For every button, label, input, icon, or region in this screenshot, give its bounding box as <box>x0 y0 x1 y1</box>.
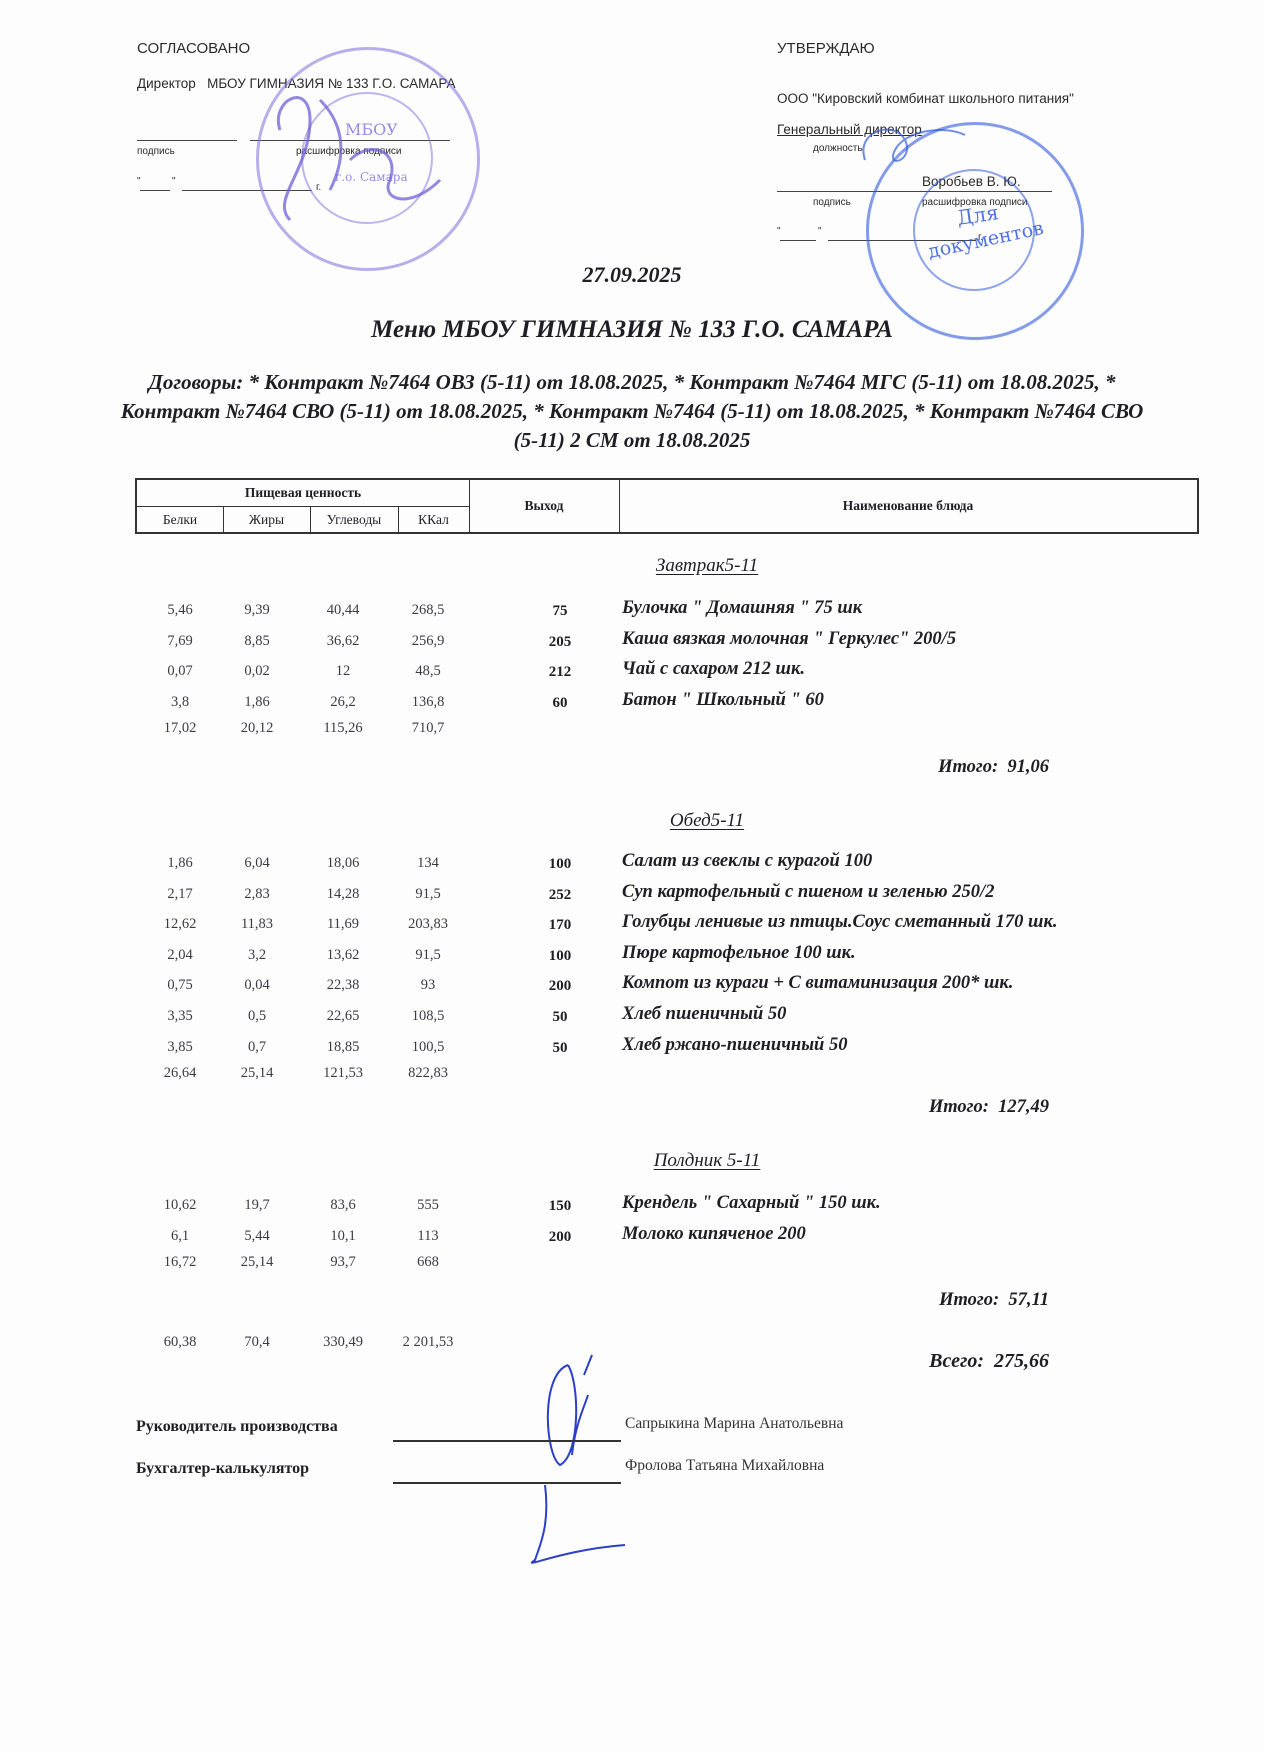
value-carbs: 93,7 <box>298 1254 388 1271</box>
grand-total-fats: 70,4 <box>212 1334 302 1351</box>
dish-yield: 75 <box>520 603 600 620</box>
value-fats: 1,86 <box>212 694 302 711</box>
value-carbs: 18,06 <box>298 855 388 872</box>
value-kcal: 134 <box>383 855 473 872</box>
value-carbs: 12 <box>298 663 388 680</box>
table-row: 3,850,718,85100,550Хлеб ржано-пшеничный … <box>0 1035 1264 1065</box>
table-header: Пищевая ценность Белки Жиры Углеводы ККа… <box>135 478 1199 534</box>
dish-name: Молоко кипяченое 200 <box>622 1224 806 1245</box>
value-kcal: 108,5 <box>383 1008 473 1025</box>
table-row: 3,81,8626,2136,860Батон " Школьный " 60 <box>0 690 1264 720</box>
value-carbs: 83,6 <box>298 1197 388 1214</box>
dish-yield: 212 <box>520 664 600 681</box>
value-kcal: 113 <box>383 1228 473 1245</box>
approval-left-position: Директор <box>137 76 196 91</box>
value-kcal: 822,83 <box>383 1065 473 1082</box>
value-carbs: 18,85 <box>298 1039 388 1056</box>
subtotal-row: 17,0220,12115,26710,7 <box>0 716 1264 746</box>
dish-yield: 150 <box>520 1198 600 1215</box>
value-kcal: 268,5 <box>383 602 473 619</box>
value-fats: 0,02 <box>212 663 302 680</box>
grand-total-carbs: 330,49 <box>298 1334 388 1351</box>
right-date-quote-close: " <box>818 226 822 237</box>
value-carbs: 115,26 <box>298 720 388 737</box>
dish-yield: 200 <box>520 978 600 995</box>
table-row: 1,866,0418,06134100Салат из свеклы с кур… <box>0 851 1264 881</box>
section-total-value: 57,11 <box>1008 1290 1049 1310</box>
handwritten-signature-icon <box>500 1345 640 1575</box>
value-kcal: 48,5 <box>383 663 473 680</box>
value-carbs: 22,38 <box>298 977 388 994</box>
dish-name: Хлеб ржано-пшеничный 50 <box>622 1035 847 1056</box>
table-row: 10,6219,783,6555150Крендель " Сахарный "… <box>0 1193 1264 1223</box>
col-proteins: Белки <box>137 507 223 532</box>
dish-name: Батон " Школьный " 60 <box>622 690 824 711</box>
col-carbs: Углеводы <box>310 507 398 532</box>
value-fats: 0,7 <box>212 1039 302 1056</box>
section-title: Полдник 5-11 <box>557 1150 857 1172</box>
left-signature-caption: подпись <box>137 146 175 157</box>
approval-right-title: УТВЕРЖДАЮ <box>777 40 875 57</box>
col-yield: Выход <box>469 480 619 532</box>
table-row: 6,15,4410,1113200Молоко кипяченое 200 <box>0 1224 1264 1254</box>
value-kcal: 203,83 <box>383 916 473 933</box>
section-total-label: Итого: <box>939 1290 999 1310</box>
grand-total-value: 275,66 <box>994 1350 1049 1372</box>
table-row: 12,6211,8311,69203,83170Голубцы ленивые … <box>0 912 1264 942</box>
value-fats: 5,44 <box>212 1228 302 1245</box>
value-kcal: 91,5 <box>383 886 473 903</box>
table-row: 5,469,3940,44268,575Булочка " Домашняя "… <box>0 598 1264 628</box>
grand-total: Всего: 275,66 <box>929 1350 1049 1373</box>
grand-total-kcal: 2 201,53 <box>383 1334 473 1351</box>
value-fats: 3,2 <box>212 947 302 964</box>
section-total-label: Итого: <box>929 1097 989 1117</box>
dish-yield: 100 <box>520 948 600 965</box>
dish-name: Голубцы ленивые из птицы.Соус сметанный … <box>622 912 1057 933</box>
signature-name-accountant: Фролова Татьяна Михайловна <box>625 1457 824 1475</box>
value-carbs: 13,62 <box>298 947 388 964</box>
approval-right-organization: ООО "Кировский комбинат школьного питани… <box>777 91 1074 106</box>
value-kcal: 256,9 <box>383 633 473 650</box>
section-total-value: 91,06 <box>1007 757 1049 777</box>
value-fats: 25,14 <box>212 1065 302 1082</box>
value-fats: 6,04 <box>212 855 302 872</box>
dish-yield: 170 <box>520 917 600 934</box>
col-fats: Жиры <box>223 507 310 532</box>
table-row: 2,172,8314,2891,5252Суп картофельный с п… <box>0 882 1264 912</box>
value-fats: 8,85 <box>212 633 302 650</box>
value-fats: 0,04 <box>212 977 302 994</box>
value-fats: 2,83 <box>212 886 302 903</box>
table-row: 2,043,213,6291,5100Пюре картофельное 100… <box>0 943 1264 973</box>
value-carbs: 40,44 <box>298 602 388 619</box>
dish-name: Пюре картофельное 100 шк. <box>622 943 856 964</box>
dish-name: Крендель " Сахарный " 150 шк. <box>622 1193 881 1214</box>
dish-name: Булочка " Домашняя " 75 шк <box>622 598 862 619</box>
table-row: 0,070,021248,5212Чай с сахаром 212 шк. <box>0 659 1264 689</box>
subtotal-row: 26,6425,14121,53822,83 <box>0 1061 1264 1091</box>
col-kcal: ККал <box>398 507 469 532</box>
menu-title: Меню МБОУ ГИМНАЗИЯ № 133 Г.О. САМАРА <box>100 316 1164 344</box>
value-fats: 9,39 <box>212 602 302 619</box>
value-fats: 0,5 <box>212 1008 302 1025</box>
nutrition-group-header: Пищевая ценность <box>137 480 469 506</box>
ceo-signature-icon <box>855 110 975 180</box>
value-fats: 19,7 <box>212 1197 302 1214</box>
section-total-value: 127,49 <box>998 1097 1049 1117</box>
dish-name: Компот из кураги + С витаминизация 200* … <box>622 973 1013 994</box>
dish-yield: 252 <box>520 887 600 904</box>
value-kcal: 555 <box>383 1197 473 1214</box>
col-dish-name: Наименование блюда <box>619 480 1197 532</box>
section-total-label: Итого: <box>938 757 998 777</box>
table-row: 0,750,0422,3893200Компот из кураги + С в… <box>0 973 1264 1003</box>
right-signature-caption: подпись <box>813 197 851 208</box>
value-kcal: 93 <box>383 977 473 994</box>
subtotal-row: 16,7225,1493,7668 <box>0 1250 1264 1280</box>
table-row: 7,698,8536,62256,9205Каша вязкая молочна… <box>0 629 1264 659</box>
value-carbs: 14,28 <box>298 886 388 903</box>
dish-name: Чай с сахаром 212 шк. <box>622 659 805 680</box>
value-kcal: 710,7 <box>383 720 473 737</box>
section-title: Обед5-11 <box>557 810 857 832</box>
section-total: Итого: 127,49 <box>929 1097 1049 1118</box>
dish-yield: 60 <box>520 695 600 712</box>
table-row: 3,350,522,65108,550Хлеб пшеничный 50 <box>0 1004 1264 1034</box>
value-carbs: 36,62 <box>298 633 388 650</box>
value-kcal: 136,8 <box>383 694 473 711</box>
value-carbs: 22,65 <box>298 1008 388 1025</box>
grand-total-label: Всего: <box>929 1350 984 1372</box>
dish-name: Суп картофельный с пшеном и зеленью 250/… <box>622 882 994 903</box>
director-signature-icon <box>250 60 470 240</box>
dish-name: Салат из свеклы с курагой 100 <box>622 851 872 872</box>
dish-yield: 50 <box>520 1009 600 1026</box>
signature-role-production: Руководитель производства <box>136 1418 338 1436</box>
value-fats: 20,12 <box>212 720 302 737</box>
dish-name: Хлеб пшеничный 50 <box>622 1004 786 1025</box>
section-title: Завтрак5-11 <box>557 555 857 577</box>
dish-yield: 205 <box>520 634 600 651</box>
signature-name-production: Сапрыкина Марина Анатольевна <box>625 1415 843 1433</box>
dish-yield: 50 <box>520 1040 600 1057</box>
value-carbs: 11,69 <box>298 916 388 933</box>
value-carbs: 26,2 <box>298 694 388 711</box>
value-carbs: 10,1 <box>298 1228 388 1245</box>
value-kcal: 668 <box>383 1254 473 1271</box>
left-date-quote-open: " <box>137 176 141 187</box>
dish-yield: 100 <box>520 856 600 873</box>
right-date-quote-open: " <box>777 226 781 237</box>
left-date-quote-close: " <box>172 176 176 187</box>
value-carbs: 121,53 <box>298 1065 388 1082</box>
dish-name: Каша вязкая молочная " Геркулес" 200/5 <box>622 629 956 650</box>
value-kcal: 91,5 <box>383 947 473 964</box>
contracts-text: Договоры: * Контракт №7464 ОВЗ (5-11) от… <box>100 368 1164 455</box>
value-fats: 25,14 <box>212 1254 302 1271</box>
section-total: Итого: 91,06 <box>938 757 1049 778</box>
section-total: Итого: 57,11 <box>939 1290 1049 1311</box>
value-fats: 11,83 <box>212 916 302 933</box>
dish-yield: 200 <box>520 1229 600 1246</box>
menu-date: 27.09.2025 <box>100 262 1164 288</box>
signature-role-accountant: Бухгалтер-калькулятор <box>136 1460 309 1478</box>
value-kcal: 100,5 <box>383 1039 473 1056</box>
approval-left-title: СОГЛАСОВАНО <box>137 40 250 57</box>
